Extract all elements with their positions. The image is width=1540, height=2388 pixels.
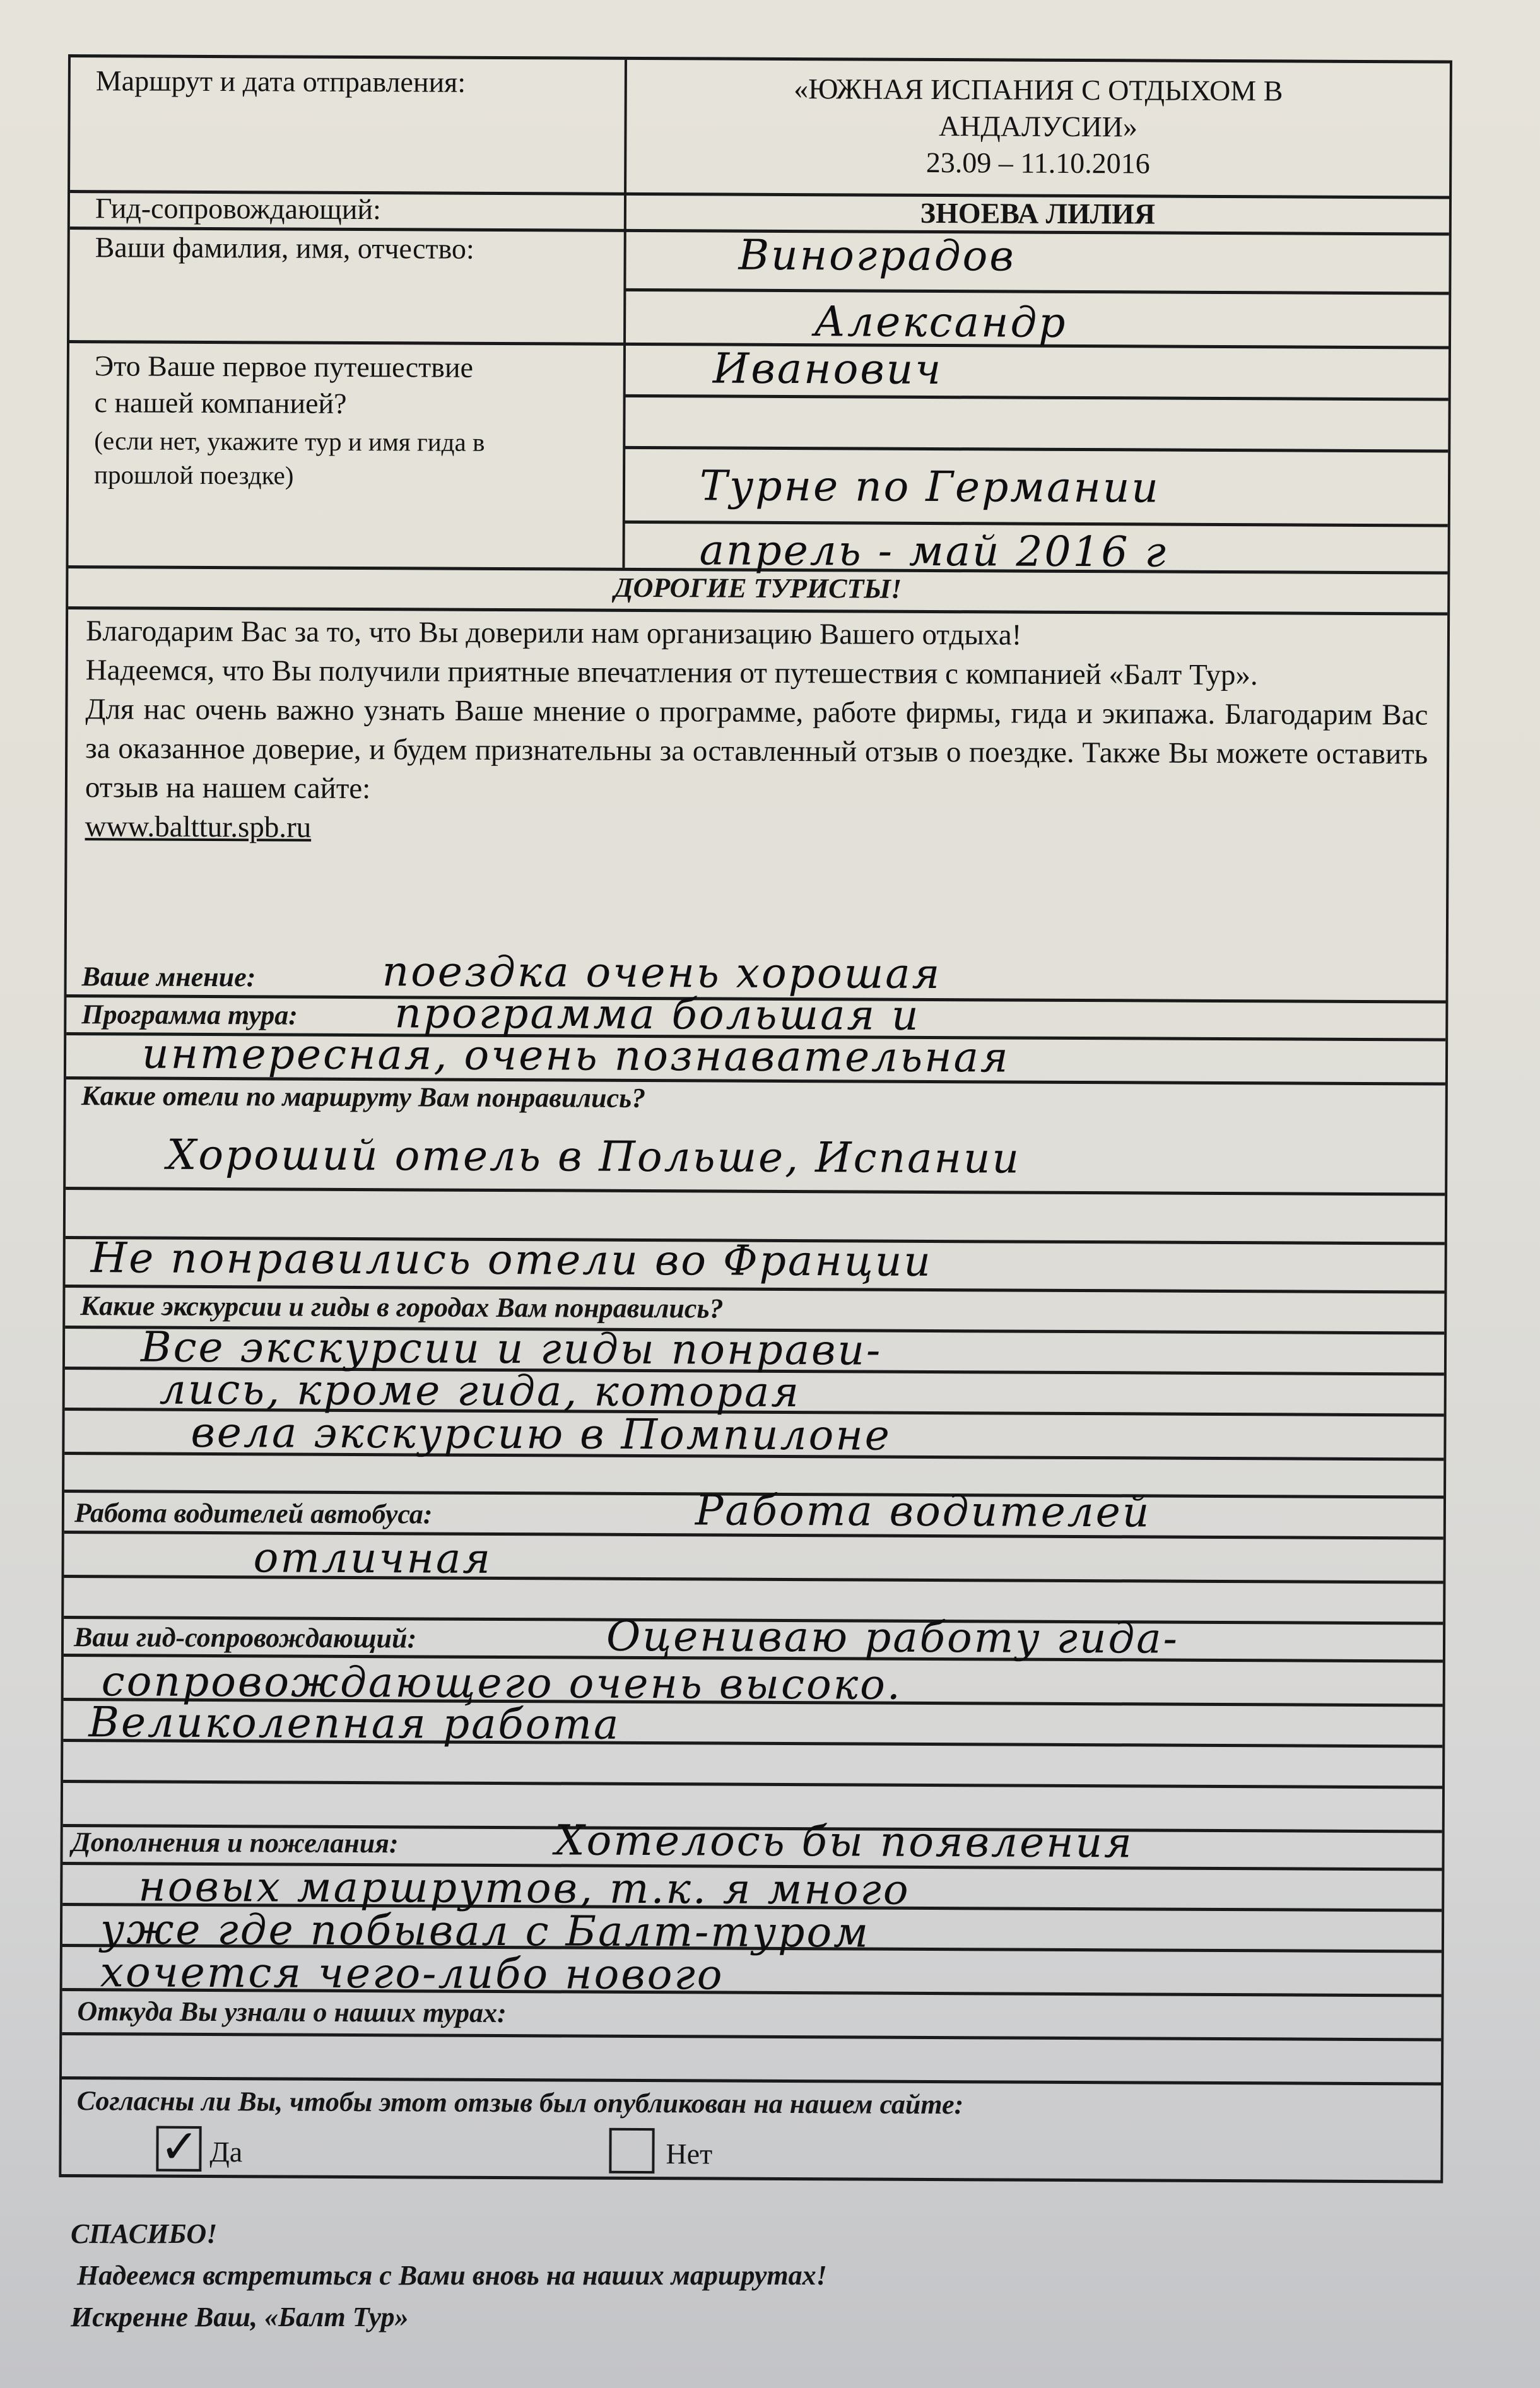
website-link[interactable]: www.balttur.spb.ru: [85, 810, 312, 844]
wishes-label: Дополнения и пожелания:: [72, 1824, 399, 1862]
route-title-line1: «ЮЖНАЯ ИСПАНИЯ С ОТДЫХОМ В: [627, 70, 1450, 110]
consent-yes-label: Да: [209, 2134, 242, 2170]
tour-guide-value-line1[interactable]: Оцениваю работу гида-: [606, 1612, 1179, 1663]
wishes-value-line1[interactable]: Хотелось бы появления: [555, 1816, 1133, 1867]
greeting-paragraph-3: Для нас очень важно узнать Ваше мнение о…: [85, 690, 1428, 813]
footer-hope: Надеемся встретиться с Вами вновь на наш…: [71, 2255, 827, 2297]
guide-label: Гид-сопровождающий:: [95, 190, 381, 228]
first-trip-label: Это Ваше первое путешествие с нашей комп…: [94, 348, 473, 423]
program-value-line2[interactable]: интересная, очень познавательная: [142, 1030, 1010, 1082]
route-label: Маршрут и дата отправления:: [96, 62, 466, 101]
excursions-label: Какие экскурсии и гиды в городах Вам пон…: [80, 1288, 723, 1327]
hotels-label: Какие отели по маршруту Вам понравились?: [81, 1078, 646, 1117]
hotels-value-line2[interactable]: Не понравились отели во Франции: [91, 1233, 933, 1286]
program-label: Программа тура:: [81, 996, 298, 1033]
source-label: Откуда Вы узнали о наших турах:: [77, 1993, 507, 2032]
route-title-line2: АНДАЛУСИИ»: [626, 107, 1449, 147]
excursions-value-line3[interactable]: вела экскурсию в Помпилоне: [191, 1408, 891, 1460]
name-value-surname[interactable]: Виноградов: [738, 231, 1015, 281]
first-trip-value-line1[interactable]: Турне по Германии: [700, 461, 1160, 512]
drivers-label: Работа водителей автобуса:: [74, 1495, 433, 1532]
line: [62, 2032, 1441, 2042]
wishes-value-line4[interactable]: хочется чего-либо нового: [100, 1948, 724, 1999]
first-trip-value-line2[interactable]: апрель - май 2016 г: [699, 526, 1168, 576]
tour-guide-value-line3[interactable]: Великолепная работа: [88, 1698, 620, 1749]
first-trip-hint: (если нет, укажите тур и имя гида в прош…: [94, 423, 485, 493]
footer: СПАСИБО! Надеемся встретиться с Вами вно…: [71, 2213, 827, 2338]
consent-label: Согласны ли Вы, чтобы этот отзыв был опу…: [77, 2083, 964, 2123]
hotels-value-line1[interactable]: Хороший отель в Польше, Испании: [167, 1131, 1021, 1183]
greeting-text: Благодарим Вас за то, что Вы доверили на…: [85, 611, 1429, 852]
name-label: Ваши фамилия, имя, отчество:: [95, 229, 474, 268]
line: [63, 1780, 1442, 1789]
name-value-patronymic[interactable]: Иванович: [713, 344, 943, 394]
consent-yes-checkbox[interactable]: ✓: [156, 2126, 201, 2172]
checkmark-icon: ✓: [160, 2120, 199, 2174]
route-title: «ЮЖНАЯ ИСПАНИЯ С ОТДЫХОМ В АНДАЛУСИИ» 23…: [626, 70, 1450, 184]
greeting-paragraph-1: Благодарим Вас за то, что Вы доверили на…: [86, 611, 1428, 656]
tour-guide-label: Ваш гид-сопровождающий:: [74, 1619, 416, 1657]
footer-thanks: СПАСИБО!: [71, 2213, 827, 2255]
route-dates: 23.09 – 11.10.2016: [626, 143, 1449, 184]
consent-no-checkbox[interactable]: [609, 2128, 654, 2173]
drivers-value-line1[interactable]: Работа водителей: [695, 1486, 1151, 1536]
line: [66, 1187, 1445, 1196]
drivers-value-line2[interactable]: отличная: [253, 1533, 492, 1583]
greeting-title: ДОРОГИЕ ТУРИСТЫ!: [68, 567, 1447, 610]
feedback-form: Маршрут и дата отправления: «ЮЖНАЯ ИСПАН…: [59, 54, 1452, 2184]
greeting-paragraph-2: Надеемся, что Вы получили приятные впеча…: [86, 650, 1428, 695]
name-value-first[interactable]: Александр: [814, 297, 1067, 347]
guide-name: ЗНОЕВА ЛИЛИЯ: [626, 194, 1449, 234]
opinion-label: Ваше мнение:: [81, 958, 256, 996]
footer-signature: Искренне Ваш, «Балт Тур»: [71, 2297, 827, 2338]
consent-no-label: Нет: [666, 2136, 712, 2172]
